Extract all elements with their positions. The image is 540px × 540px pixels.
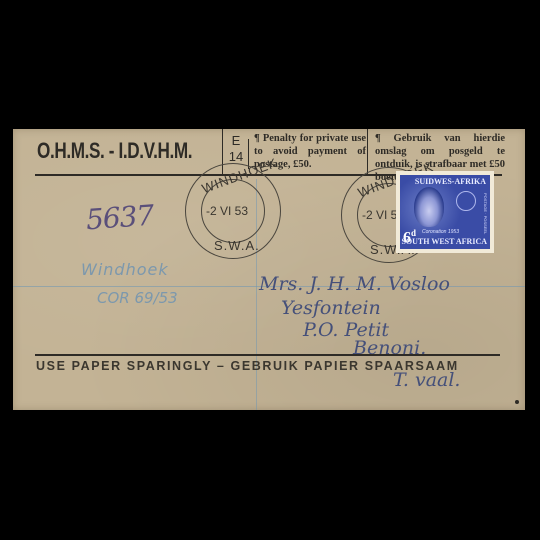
stamp-design: SUIDWES-AFRIKA POSTAGE · POSSEEL Coronat… [400, 175, 490, 249]
handwritten-origin: Windhoek [81, 260, 169, 279]
footer-notice: USE PAPER SPARINGLY – GEBRUIK PAPIER SPA… [36, 359, 459, 373]
envelope: O.H.M.S. - I.D.V.H.M. E 14 ¶ Penalty for… [13, 129, 525, 410]
handwritten-reference-number: 5637 [85, 199, 154, 237]
stamp-side-text: POSTAGE · POSSEEL [483, 193, 488, 234]
ohms-title: O.H.M.S. - I.D.V.H.M. [37, 138, 192, 164]
handwritten-file-reference: COR 69/53 [97, 289, 178, 307]
address-line-name: Mrs. J. H. M. Vosloo [259, 273, 450, 295]
header-divider [367, 129, 368, 174]
queen-portrait-icon [414, 187, 444, 227]
form-code: E 14 [228, 133, 244, 165]
ink-dot [515, 400, 519, 404]
flower-icon [456, 191, 476, 211]
footer-rule [35, 354, 500, 356]
address-line-farm: Yesfontein [281, 297, 381, 319]
form-code-letter: E [228, 133, 244, 149]
postage-stamp: SUIDWES-AFRIKA POSTAGE · POSSEEL Coronat… [396, 171, 494, 253]
postmark-region: S.W.A. [214, 238, 260, 253]
stamp-inscription: Coronation 1953 [422, 229, 459, 235]
stamp-country-bottom: SOUTH WEST AFRICA [401, 237, 487, 246]
stamp-country-top: SUIDWES-AFRIKA [415, 177, 486, 186]
postmark-date: -2 VI 53 [206, 204, 248, 218]
postmark: WINDHOEK -2 VI 53 S.W.A. [185, 163, 281, 259]
